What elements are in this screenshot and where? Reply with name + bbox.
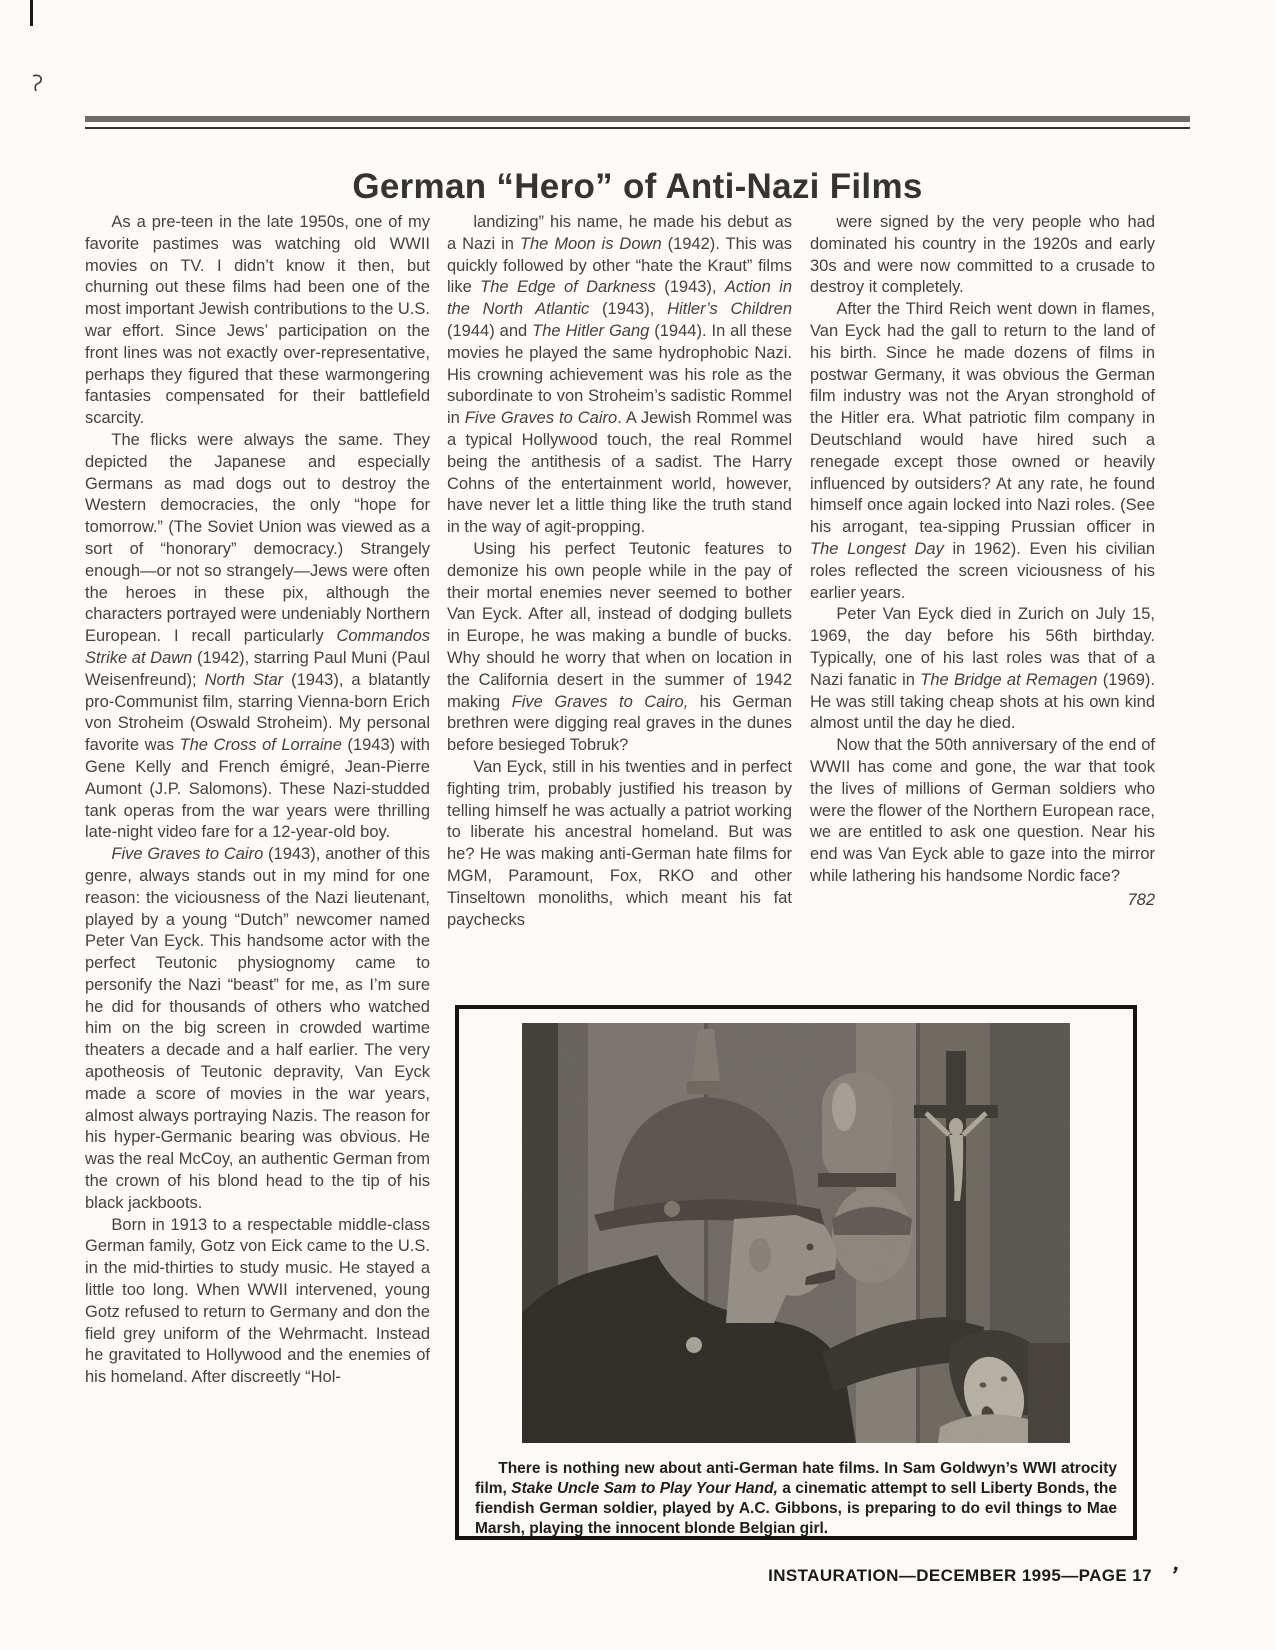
film-still-illustration xyxy=(522,1023,1070,1443)
page-title: German “Hero” of Anti-Nazi Films xyxy=(0,167,1275,207)
paragraph: Using his perfect Teutonic features to d… xyxy=(447,539,792,757)
footer-stray-mark: ’ xyxy=(1166,1562,1181,1591)
film-still-photo xyxy=(522,1023,1070,1443)
paragraph: As a pre-teen in the late 1950s, one of … xyxy=(85,212,430,430)
article-end-number: 782 xyxy=(810,890,1155,912)
magazine-page: German “Hero” of Anti-Nazi Films As a pr… xyxy=(0,0,1275,1650)
scan-corner-bar xyxy=(30,0,33,26)
article-column-2: landizing” his name, he made his debut a… xyxy=(447,212,792,931)
paragraph: were signed by the very people who had d… xyxy=(810,212,1155,299)
paragraph: The flicks were always the same. They de… xyxy=(85,430,430,844)
top-rule-thin xyxy=(85,127,1190,129)
column-3-paragraphs: were signed by the very people who had d… xyxy=(810,212,1155,888)
article-column-3: were signed by the very people who had d… xyxy=(810,212,1155,912)
handwritten-mark xyxy=(30,74,46,94)
paragraph: landizing” his name, he made his debut a… xyxy=(447,212,792,539)
paragraph: Now that the 50th anniversary of the end… xyxy=(810,735,1155,888)
paragraph: Born in 1913 to a respectable middle-cla… xyxy=(85,1215,430,1389)
footer-line: INSTAURATION—DECEMBER 1995—PAGE 17 xyxy=(768,1566,1152,1586)
paragraph: Peter Van Eyck died in Zurich on July 15… xyxy=(810,604,1155,735)
article-column-1: As a pre-teen in the late 1950s, one of … xyxy=(85,212,430,1389)
paragraph: Five Graves to Cairo (1943), another of … xyxy=(85,844,430,1215)
paragraph: Van Eyck, still in his twenties and in p… xyxy=(447,757,792,931)
photo-box: There is nothing new about anti-German h… xyxy=(455,1005,1137,1540)
photo-caption: There is nothing new about anti-German h… xyxy=(459,1459,1133,1539)
top-rule-thick xyxy=(85,116,1190,122)
paragraph: After the Third Reich went down in flame… xyxy=(810,299,1155,604)
